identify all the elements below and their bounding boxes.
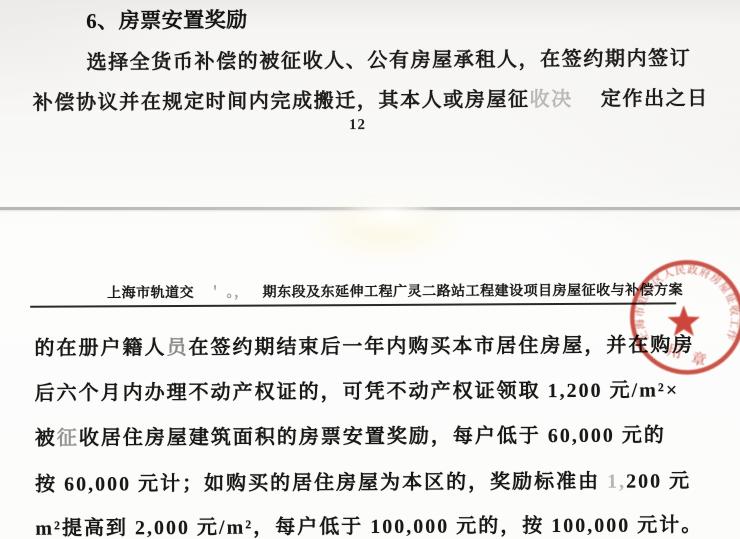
body-line-3: 被征收居住房屋建筑面积的房票安置奖励，每户低于 60,000 元的 [35, 418, 666, 450]
document-header: 上海市轨道交＇ 。，期东段及东延伸工程广灵二路站工程建设项目房屋征收与补偿方案 [30, 279, 676, 307]
seal-star-icon [667, 305, 700, 336]
header-project-suffix: 期东段及东延伸工程广灵二路站工程建设项目房屋征收与补偿方案 [263, 283, 684, 300]
body-line-5: m²提高到 2,000 元/m²，每户低于 100,000 元的，按 100,0… [35, 508, 703, 539]
body-line-1-start: 的在册户籍人 [34, 337, 166, 360]
body-line-4: 按 60,000 元计；如购买的居住房屋为本区的，奖励标准由 1,200 元 [35, 464, 691, 496]
header-project-prefix: 上海市轨道交 [107, 286, 194, 301]
body-line-4-washed-number: 1, [607, 471, 626, 493]
body-line-4-start: 按 60,000 元计；如购买的居住房屋为本区的，奖励标准由 [35, 471, 607, 496]
body-line-2: 后六个月内办理不动产权证的，可凭不动产权证领取 1,200 元/m²× [35, 373, 680, 405]
header-washed-out: ＇ 。， [208, 286, 249, 301]
page-2: 上海市轨道交＇ 。，期东段及东延伸工程广灵二路站工程建设项目房屋征收与补偿方案 … [0, 0, 740, 539]
body-line-1-end: 在签约期结束后一年内购买本市居住房屋，并在购房 [188, 334, 694, 359]
body-line-1-faint-char: 员 [166, 337, 188, 359]
body-line-3-faint-char: 征 [57, 428, 79, 450]
seal-char-yong: 用 [666, 342, 684, 362]
body-line-3-end: 收居住房屋建筑面积的房票安置奖励，每户低于 60,000 元的 [79, 424, 666, 449]
document-photo: 6、房票安置奖励 选择全货币补偿的被征收人、公有房屋承租人，在签约期内签订 补偿… [0, 0, 740, 539]
body-line-1: 的在册户籍人员在签约期结束后一年内购买本市居住房屋，并在购房 [34, 328, 694, 360]
body-line-4-end: 200 元 [626, 470, 691, 492]
official-seal-stamp: 上海市虹口区人民政府房屋征收工作 用 章 [627, 257, 740, 378]
body-line-3-start: 被 [35, 428, 57, 450]
